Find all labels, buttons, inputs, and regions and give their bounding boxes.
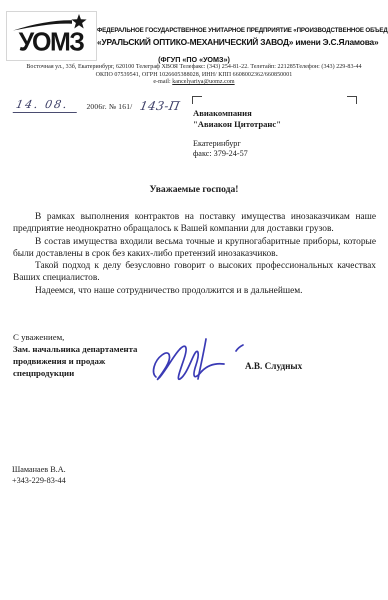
recipient-fax: факс: 379-24-57 <box>193 149 353 159</box>
recipient-corner-left-mark <box>192 96 202 104</box>
address-line: Восточная ул., 33б, Екатеринбург, 620100… <box>0 64 388 72</box>
signer-name: А.В. Слудных <box>245 361 302 371</box>
handwritten-date: 14. 08. <box>13 98 80 113</box>
scanned-letter-page: УОМЗ ФЕДЕРАЛЬНОЕ ГОСУДАРСТВЕННОЕ УНИТАРН… <box>0 0 388 600</box>
paragraph: Надеемся, что наше сотрудничество продол… <box>13 285 376 297</box>
handwritten-number: 143-П <box>139 99 181 113</box>
recipient-company-name: "Авиакон Цитотранс" <box>193 119 353 130</box>
reference-printed: 2006г. № 161/ <box>86 102 132 113</box>
letterhead-contacts: Восточная ул., 33б, Екатеринбург, 620100… <box>0 64 388 87</box>
logo-text: УОМЗ <box>8 27 94 56</box>
handwritten-signature <box>148 333 258 389</box>
paragraph: Такой подход к делу безусловно говорит о… <box>13 260 376 285</box>
recipient-corner-right-mark <box>347 96 357 104</box>
uomz-logo: УОМЗ <box>6 11 97 61</box>
registration-line: ОКПО 07539541, ОГРН 1026605388028, ИНН/ … <box>0 72 388 80</box>
org-name-line2: «УРАЛЬСКИЙ ОПТИКО-МЕХАНИЧЕСКИЙ ЗАВОД» им… <box>97 36 384 48</box>
salutation: Уважаемые господа! <box>0 184 388 195</box>
recipient-block: Авиакомпания "Авиакон Цитотранс" Екатери… <box>193 108 353 159</box>
organization-name: ФЕДЕРАЛЬНОЕ ГОСУДАРСТВЕННОЕ УНИТАРНОЕ ПР… <box>97 26 384 48</box>
paragraph: В состав имущества входили весьма точные… <box>13 236 376 261</box>
reference-line: 14. 08. 2006г. № 161/ 143-П <box>14 95 180 113</box>
recipient-company-type: Авиакомпания <box>193 108 353 119</box>
paragraph: В рамках выполнения контрактов на постав… <box>13 211 376 236</box>
executor-phone: +343-229-83-44 <box>12 475 66 486</box>
org-abbreviation: (ФГУП «ПО «УОМЗ») <box>0 55 388 64</box>
email-label: e-mail: <box>153 79 170 85</box>
org-name-line1: ФЕДЕРАЛЬНОЕ ГОСУДАРСТВЕННОЕ УНИТАРНОЕ ПР… <box>97 26 384 36</box>
recipient-city: Екатеринбург <box>193 139 353 149</box>
letter-body: В рамках выполнения контрактов на постав… <box>13 211 376 297</box>
email-line: e-mail: kancelyariya@uomz.com <box>0 79 388 87</box>
email-link[interactable]: kancelyariya@uomz.com <box>172 79 234 85</box>
executor-name: Шаманаев В.А. <box>12 464 66 475</box>
recipient-spacer <box>193 129 353 139</box>
executor-contact: Шаманаев В.А. +343-229-83-44 <box>12 464 66 486</box>
